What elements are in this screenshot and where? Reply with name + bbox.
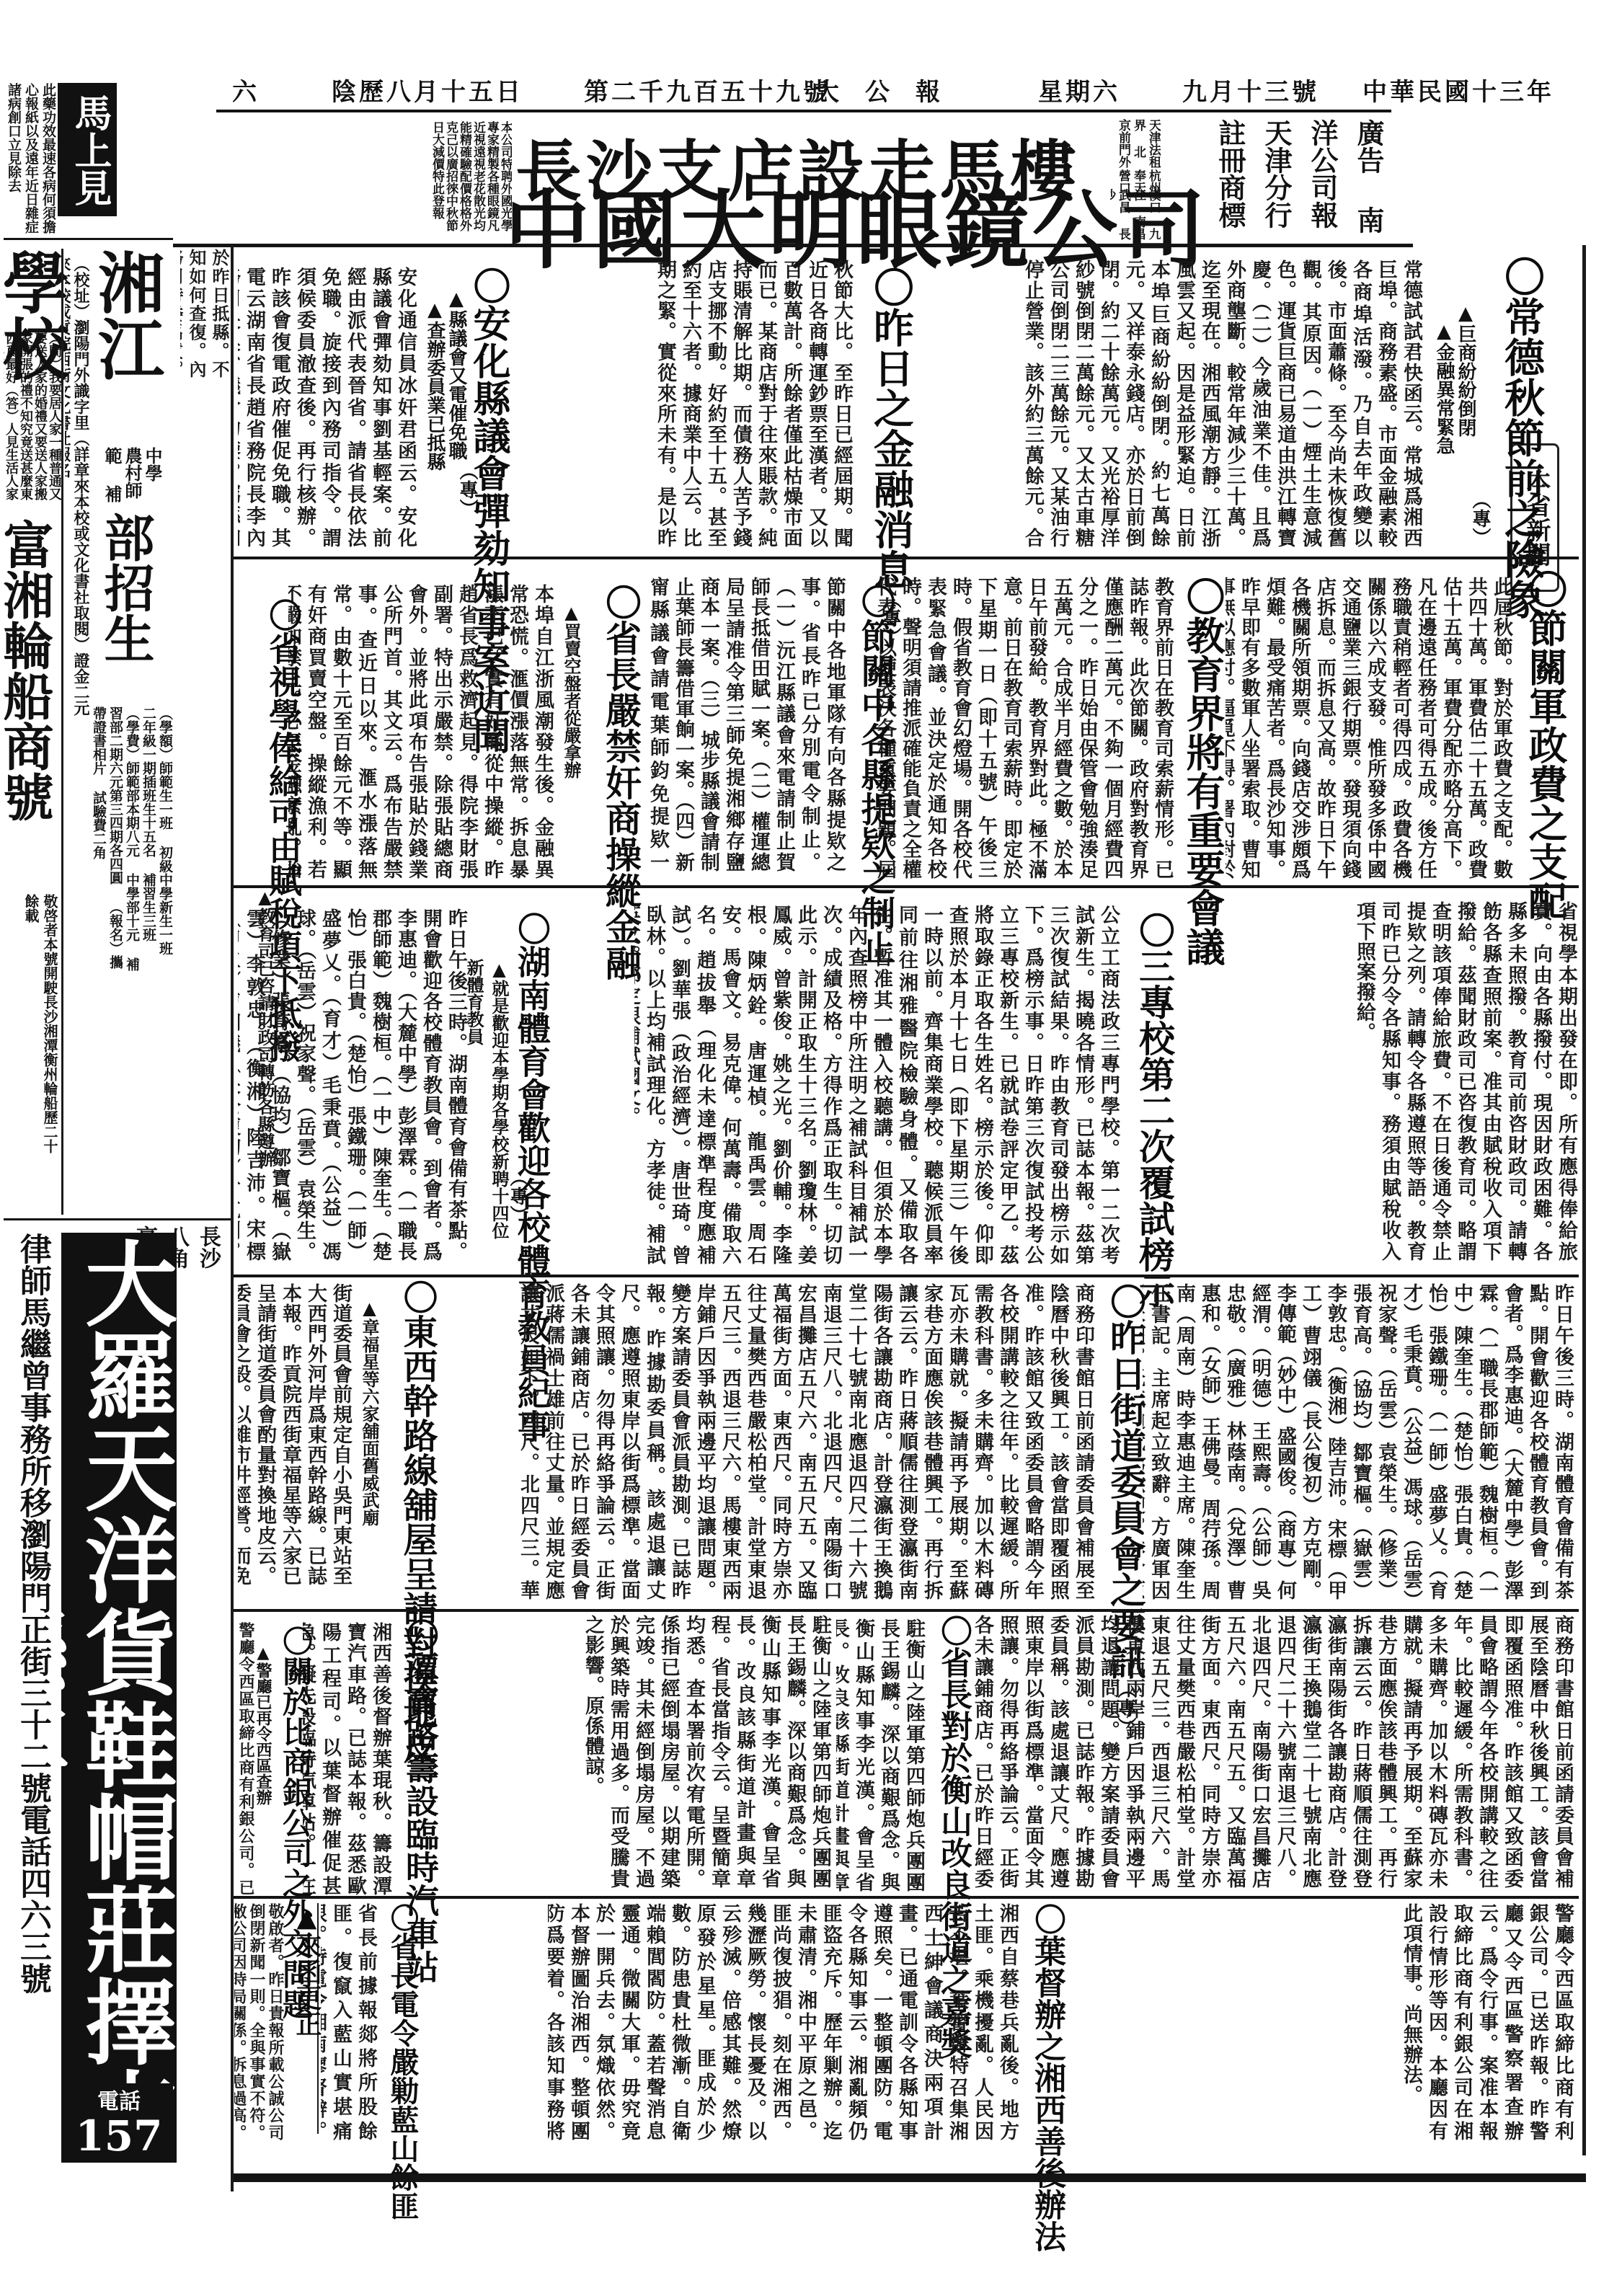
- sanzhuan-body: 公立工商法政三專門學校。第一二次考試新生。揭曉各情形。已誌本報。茲第三次復試結果…: [634, 905, 1121, 1265]
- lanshan-body: 省長前據報郯將所股餘匪。復竄入藍山實堪痛恨。特電令湘南廖督辦。轉飭所部軍隊。嚴其…: [321, 1903, 378, 2141]
- anhua-subhead-2: ▲查辦委員業已抵縣: [422, 299, 448, 471]
- headline-qiche: 〇潭寶路籌設臨時汽車站: [396, 1618, 444, 1892]
- headline-changde: 〇常德秋節前之險象: [1499, 256, 1543, 443]
- headline-marker-circle: 〇: [401, 1618, 440, 1652]
- headline-marker-circle: 〇: [855, 584, 895, 619]
- yedu-body: 湘西自蔡巷兵亂後。地方土匪。乘機擾亂。人民因苦不堪。葉督辦特召集湘西士紳會議商決…: [548, 1903, 1020, 2141]
- school-ad-departments: 中學 農村師範 補習: [105, 447, 162, 505]
- jiaoyu-body: 教育界前日在教育司索薪情形。已誌昨報。此次節關。政府對教育界僅應酬二萬元。不夠一…: [872, 577, 1175, 879]
- left-column-top-text: 於昨日抵縣。不知如何查復。內務司特委禹貢。（湘鄉人）。來縣澈查。已: [180, 249, 231, 378]
- laihan-body: 敬啟者。昨日貴報所載公誠公司倒閉新聞一則。全與事實不符。敝公司因時局關係。拆息過…: [234, 1903, 285, 2141]
- dongxi-body: 街道委員會前規定自小吳門東站至大西門外河岸爲東西幹路線。已誌本報。昨貢院西街章福…: [238, 1283, 353, 1586]
- headline-yanjin: 〇省長嚴禁奸商操縱金融: [595, 584, 647, 879]
- headline-sanzhuan: 〇三專校第二次覆試榜示: [1128, 912, 1180, 1258]
- jiedao-body: 商務印書館日前函請委員會補展至陰曆中秋後興工。該會當即覆函照准。昨該館又致函委員…: [519, 1283, 1096, 1600]
- yanjin-subhead: ▲買賣空盤者從嚴拿辦: [559, 602, 584, 779]
- row3-rule: [231, 1275, 1579, 1277]
- eyeglass-ad-copy: 本公司特聘外國光學專家精製各種眼鏡凡近視遠視老花散光均能精確驗配價格格外克己以廣…: [173, 121, 512, 236]
- headline-jinrong: 〇昨日之金融消息（專）: [861, 267, 919, 541]
- hengshan-body-right: 商務印書館日前函請委員會補展至陰曆中秋後興工。該會當即覆函照准。昨該館又致函委員…: [970, 1615, 1575, 1889]
- headline-dongxi: 〇東西幹路線舖屋呈請對換地皮: [393, 1280, 443, 1590]
- headline-jiefei: 〇節關軍政費之支配: [1517, 569, 1573, 872]
- headline-marker-circle: 〇: [1133, 912, 1175, 948]
- bottom-rule: [231, 2173, 1586, 2182]
- phone-label: 電話: [65, 2083, 173, 2115]
- jiefei-body: 此屆秋節。對於軍政費之支配。數共四十萬。軍費估二十五萬。政費估十五萬。軍費分配亦…: [1226, 577, 1514, 879]
- headline-marker-circle: 〇: [600, 584, 642, 620]
- changde-tag: （專）: [1467, 490, 1494, 546]
- school-ad-footer: （校址）瀏陽門外識字里（詳章來本校或文化書社取閱）證金二元來本校或貢院西街文化書…: [65, 256, 90, 717]
- headline-marker-circle: 〇: [1498, 256, 1545, 296]
- corner-ad-title: 馬上見功: [58, 83, 117, 216]
- phone-number: 157: [65, 2115, 173, 2157]
- anhua-body: 安化通信員冰奸君函云。安化縣議會彈劾知事劉基輕案。前經由派代表晉省。請省長依法免…: [238, 267, 418, 548]
- shixue-body: 省視學本期出發在即。所有應得俸給旅費。向由各縣撥付。現因財政困難。各縣多未照撥。…: [1204, 901, 1579, 1262]
- qa-notice: （問）我要居人家一種普通又要送人家的婚禮又要送人家搬家開張的禮不知究竟送甚麼東西…: [4, 332, 61, 505]
- headline-marker-circle: 〇: [386, 1903, 419, 1932]
- shipping-ad-title: 富湘輪船商號: [4, 519, 61, 894]
- headline-marker-circle: 〇: [1029, 1903, 1065, 1935]
- triangle-marker-icon: ▲: [292, 1903, 322, 1933]
- lawyer-ad: 律師馬繼曾事務所移瀏陽門正街三十二號電話四六三號: [7, 1233, 58, 2163]
- hat-shop-phone: 電話 157: [65, 2083, 173, 2163]
- masthead-issue: 第二千九百五十九號: [584, 72, 830, 107]
- left-column-divider: [231, 245, 234, 2191]
- row4-rule: [231, 1609, 1579, 1612]
- hat-shop-header: 長沙八角亭: [173, 1225, 223, 1269]
- headline-marker-circle: 〇: [1523, 569, 1568, 608]
- jieguan-body: 節關中各地軍隊有向各縣提欵之事。省長昨已分別電令制止。（一）沅江縣議會來電請制止…: [649, 577, 847, 872]
- headline-marker-circle: 〇: [867, 267, 914, 307]
- row1-rule: [231, 557, 1579, 559]
- headline-jiaoyu: 〇教育界將有重要會議: [1175, 577, 1231, 879]
- left-ad-divider: [61, 249, 63, 1215]
- headline-laihan: ▲來函更正: [288, 1903, 325, 2047]
- page-frame-right: [1582, 245, 1586, 2155]
- hat-shop-ad: 大羅天洋貨鞋帽莊擇吉懸牌: [61, 1233, 177, 2163]
- row2-rule: [231, 885, 1579, 888]
- masthead-lunar-date: 陰歷八月十五日: [332, 72, 523, 107]
- jiedao-body-right: 昨日午後三時。湖南體育會備有茶點。開會歡迎各校體育教員會。到會者。爲李惠迪。（大…: [1143, 1283, 1575, 1600]
- masthead-weekday: 星期六: [1038, 72, 1120, 107]
- headline-marker-circle: 〇: [264, 598, 303, 631]
- masthead-date: 九月十三號: [1182, 72, 1319, 107]
- headline-marker-circle: 〇: [466, 267, 510, 304]
- hat-shop-title: 大羅天洋貨鞋帽莊擇吉懸牌: [61, 1236, 177, 2159]
- headline-biyin: 〇關於比商銀公司之外交問題: [274, 1626, 317, 1900]
- qiche-body-right: 駐衡山之陸軍第四師炮兵團團長王錫麟。深以商艱爲念。與衡山縣知事李光漢。會呈省長。…: [440, 1615, 833, 1889]
- headline-marker-circle: 〇: [513, 912, 551, 945]
- tiyu-body: 昨日午後三時。湖南體育會備有茶點。開會歡迎各校體育教員會。到會者。爲李惠迪。（大…: [238, 908, 469, 1262]
- left-ad-rule: [4, 1218, 231, 1220]
- tiyu-subhead: ▲就是歡迎本學期各學校新聘十四位新體育教員: [472, 959, 512, 1247]
- headline-shixue: 〇省視學俸給可由賦稅項下抵撥: [260, 598, 307, 887]
- top-banner-rule: [173, 244, 1413, 247]
- headline-lanshan: 〇省長電令嚴勦藍山餘匪: [382, 1903, 423, 2141]
- anhua-tag: （專）: [454, 461, 481, 518]
- school-ad-subtitle: 部招生: [105, 512, 162, 706]
- headline-marker-circle: 〇: [935, 1615, 972, 1646]
- eyeglass-ad-branches-3: 漢口 九江 南昌 武昌 長沙: [1110, 189, 1161, 247]
- masthead-paper-name: 大公報: [815, 72, 966, 107]
- biyin-body: 警廳令西區取締比商有利銀公司。已送昨報。昨警廳又令西區警察署查辦云。爲令行事。案…: [234, 1622, 256, 1896]
- headline-marker-circle: 〇: [397, 1280, 438, 1314]
- yedu-body-right: 警廳令西區取締比商有利銀公司。已送昨報。昨警廳又令西區警察署查辦云。爲令行事。案…: [1063, 1903, 1575, 2141]
- row5-rule: [231, 1896, 1579, 1899]
- hengshan-body: 駐衡山之陸軍第四師炮兵團團長王錫麟。深以商艱爲念。與衡山縣知事李光漢。會呈省長。…: [836, 1618, 926, 1892]
- changde-body: 常德試試君快函云。常城爲湘西巨埠。商務素盛。市面金融素較各商埠活潑。乃自去年政變…: [1024, 260, 1424, 548]
- headline-marker-circle: 〇: [1180, 577, 1226, 616]
- school-ad-title: 湘江學校: [90, 249, 173, 443]
- jinrong-body: 秋節大比。至昨日已經屆期。聞近日各商轉運鈔票至漢者。又以百數萬計。所餘者僅此枯燥…: [652, 260, 854, 548]
- eyeglass-ad-branches-1: 天津法租界 北京前門外: [1110, 119, 1161, 169]
- school-ad-details: （學額）師範生一班 初級中學新生一班 二年級一期插班生十五名 補習生三班 （學費…: [90, 706, 173, 980]
- masthead-rule: [216, 110, 1391, 112]
- headline-marker-circle: 〇: [278, 1626, 314, 1656]
- corner-ad-rule: [4, 238, 173, 240]
- yanjin-body: 本埠自江浙風潮發生後。金融異常恐慌。滙價漲落無常。拆息暴漲不已。實有奸商從中操縱…: [288, 584, 555, 879]
- page-number: 六: [232, 72, 260, 107]
- dept-middle-school: 中學: [142, 447, 162, 482]
- masthead-year: 中華民國十三年: [1362, 72, 1554, 107]
- changde-subhead-2: ▲金融異常緊急: [1431, 321, 1458, 455]
- headline-jieguan: 〇節關中各縣提欵之制止: [851, 584, 900, 879]
- shipping-ad-text: 敬啓者本號開駛長沙湘潭衡州輪船歷二十餘載: [16, 894, 59, 1153]
- trademark-ad: 廣告 南洋公司報 天津分行 註冊商標: [1168, 119, 1391, 234]
- dongxi-subhead: ▲章福星等六家舖面舊威武廟: [357, 1298, 382, 1526]
- corner-ad-text: 此藥功效最速各病何須擔心報紙以及遠年近日雜症諸病創口立見除去: [4, 83, 57, 234]
- headline-marker-circle: 〇: [1104, 1283, 1146, 1319]
